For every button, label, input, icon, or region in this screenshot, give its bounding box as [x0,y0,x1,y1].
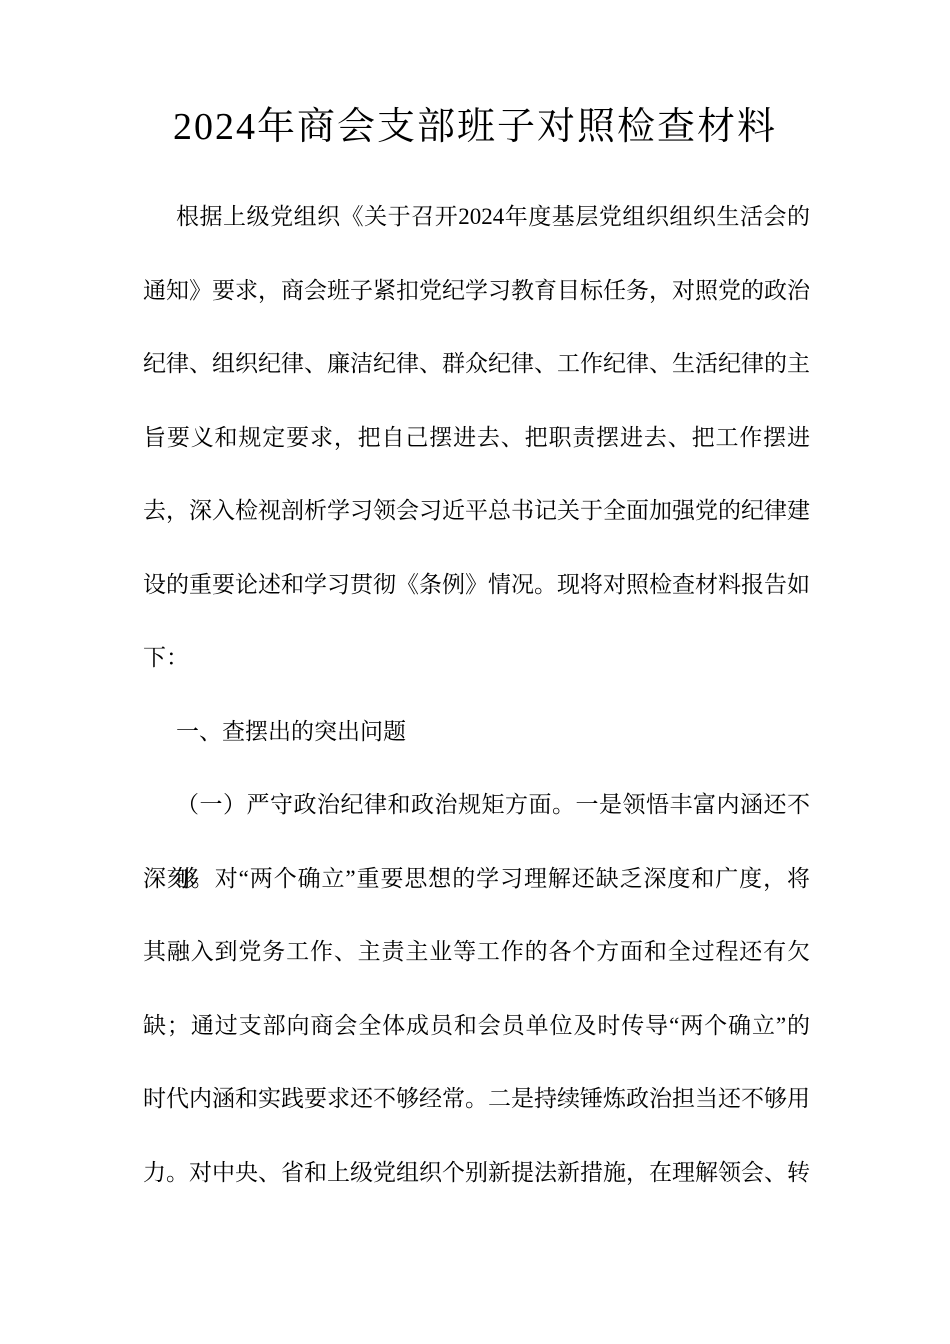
text-line: 纪律、组织纪律、廉洁纪律、群众纪律、工作纪律、生活纪律的主 [143,327,810,401]
text-line: 深刻。对“两个确立”重要思想的学习理解还缺乏深度和广度，将 [143,842,810,916]
text-line: 通知》要求，商会班子紧扣党纪学习教育目标任务，对照党的政治 [143,254,810,328]
document-body: 根据上级党组织《关于召开2024年度基层党组织组织生活会的 通知》要求，商会班子… [143,180,810,1209]
text-line: 旨要义和规定要求，把自己摆进去、把职责摆进去、把工作摆进 [143,401,810,475]
text-line: 时代内涵和实践要求还不够经常。二是持续锤炼政治担当还不够用 [143,1062,810,1136]
document-title: 2024年商会支部班子对照检查材料 [0,103,950,151]
text-line: 根据上级党组织《关于召开2024年度基层党组织组织生活会的 [143,180,810,254]
text-line: 去，深入检视剖析学习领会习近平总书记关于全面加强党的纪律建 [143,474,810,548]
document-page: 2024年商会支部班子对照检查材料 根据上级党组织《关于召开2024年度基层党组… [0,0,950,1344]
section-heading: 一、查摆出的突出问题 [143,695,810,769]
text-line: 下： [143,621,810,695]
text-line: 设的重要论述和学习贯彻《条例》情况。现将对照检查材料报告如 [143,548,810,622]
text-line: 其融入到党务工作、主责主业等工作的各个方面和全过程还有欠 [143,915,810,989]
text-line: （一）严守政治纪律和政治规矩方面。一是领悟丰富内涵还不够 [143,768,810,842]
text-line: 力。对中央、省和上级党组织个别新提法新措施，在理解领会、转 [143,1136,810,1210]
text-line: 缺；通过支部向商会全体成员和会员单位及时传导“两个确立”的 [143,989,810,1063]
